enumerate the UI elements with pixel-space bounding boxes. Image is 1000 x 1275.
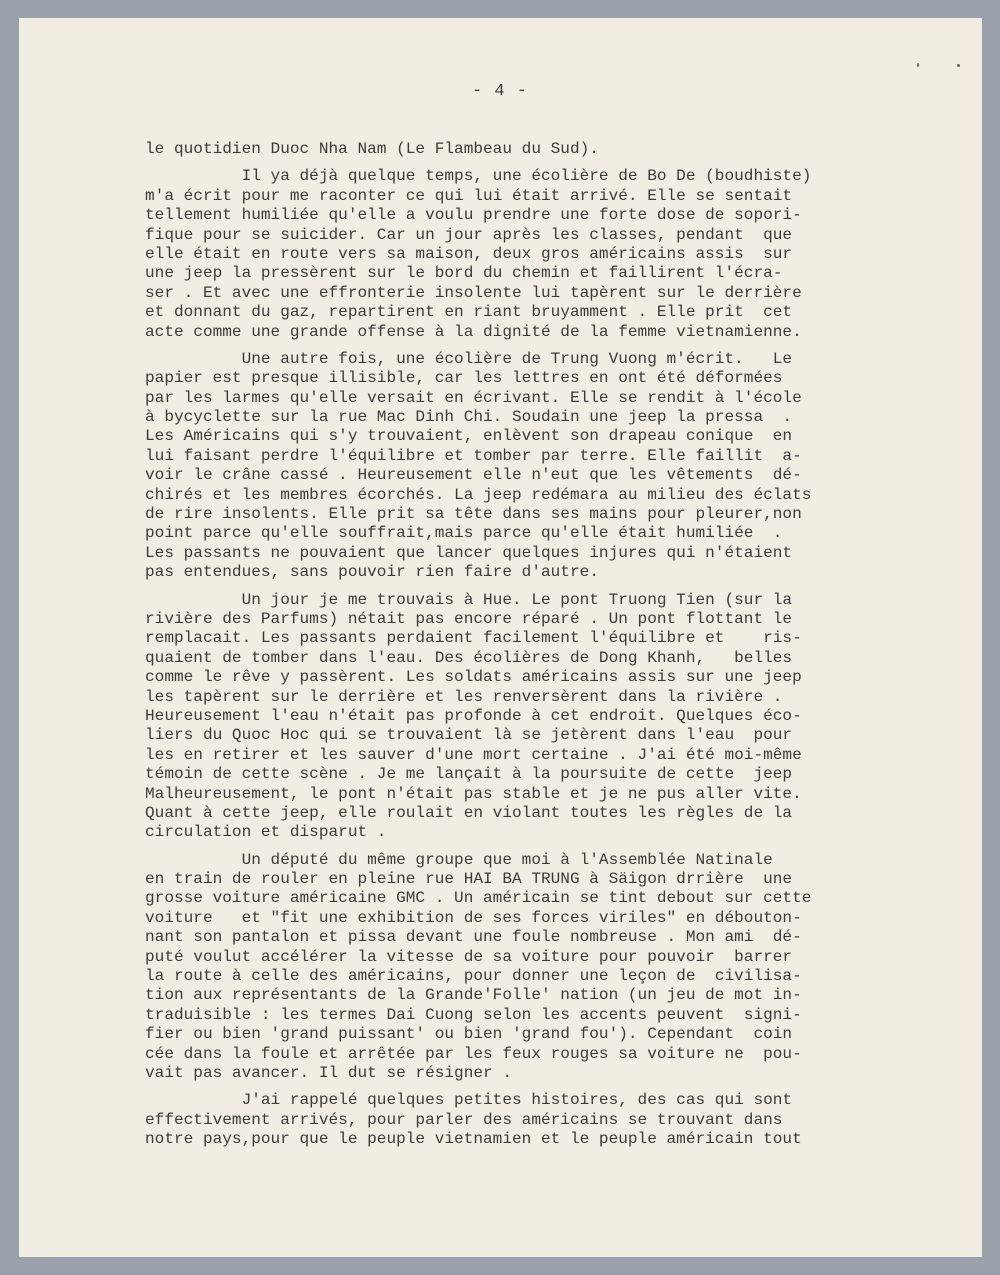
text-line: J'ai rappelé quelques petites histoires,… [145,1091,905,1110]
text-line: puté voulut accélérer la vitesse de sa v… [145,948,905,967]
text-line: Quant à cette jeep, elle roulait en viol… [145,804,905,823]
paragraph: le quotidien Duoc Nha Nam (Le Flambeau d… [145,140,905,159]
text-line: pas entendues, sans pouvoir rien faire d… [145,563,905,582]
text-line: quaient de tomber dans l'eau. Des écoliè… [145,649,905,668]
text-line: de rire insolents. Elle prit sa tête dan… [145,505,905,524]
text-line: circulation et disparut . [145,823,905,842]
text-line: remplacait. Les passants perdaient facil… [145,629,905,648]
text-line: le quotidien Duoc Nha Nam (Le Flambeau d… [145,140,905,159]
text-line: nant son pantalon et pissa devant une fo… [145,928,905,947]
page-number: - 4 - [0,82,1000,101]
text-line: fique pour se suicider. Car un jour aprè… [145,226,905,245]
text-line: grosse voiture américaine GMC . Un améri… [145,889,905,908]
text-line: notre pays,pour que le peuple vietnamien… [145,1130,905,1149]
text-line: Malheureusement, le pont n'était pas sta… [145,785,905,804]
text-line: lui faisant perdre l'équilibre et tomber… [145,447,905,466]
text-line: vait pas avancer. Il dut se résigner . [145,1064,905,1083]
text-line: comme le rêve y passèrent. Les soldats a… [145,668,905,687]
paragraph: Une autre fois, une écolière de Trung Vu… [145,350,905,583]
text-line: Un jour je me trouvais à Hue. Le pont Tr… [145,591,905,610]
text-line: Il ya déjà quelque temps, une écolière d… [145,167,905,186]
text-line: témoin de cette scène . Je me lançait à … [145,765,905,784]
text-line: voiture et "fit une exhibition de ses fo… [145,909,905,928]
text-line: papier est presque illisible, car les le… [145,369,905,388]
text-line: cée dans la foule et arrêtée par les feu… [145,1045,905,1064]
text-line: et donnant du gaz, repartirent en riant … [145,303,905,322]
text-line: voir le crâne cassé . Heureusement elle … [145,466,905,485]
text-line: les en retirer et les sauver d'une mort … [145,746,905,765]
text-line: Les Américains qui s'y trouvaient, enlèv… [145,427,905,446]
text-line: ser . Et avec une effronterie insolente … [145,284,905,303]
text-line: liers du Quoc Hoc qui se trouvaient là s… [145,726,905,745]
text-line: elle était en route vers sa maison, deux… [145,245,905,264]
text-line: tellement humiliée qu'elle a voulu prend… [145,206,905,225]
text-line: point parce qu'elle souffrait,mais parce… [145,524,905,543]
text-line: chirés et les membres écorchés. La jeep … [145,486,905,505]
text-line: Un député du même groupe que moi à l'Ass… [145,851,905,870]
paper-speck [957,64,960,67]
text-line: Heureusement l'eau n'était pas profonde … [145,707,905,726]
paragraph: J'ai rappelé quelques petites histoires,… [145,1091,905,1149]
text-line: par les larmes qu'elle versait en écriva… [145,389,905,408]
text-line: Les passants ne pouvaient que lancer que… [145,544,905,563]
paragraph: Un jour je me trouvais à Hue. Le pont Tr… [145,591,905,843]
text-line: à bycyclette sur la rue Mac Dinh Chi. So… [145,408,905,427]
paragraph: Il ya déjà quelque temps, une écolière d… [145,167,905,342]
text-line: m'a écrit pour me raconter ce qui lui ét… [145,187,905,206]
text-line: traduisible : les termes Dai Cuong selon… [145,1006,905,1025]
text-line: acte comme une grande offense à la digni… [145,323,905,342]
text-line: une jeep la pressèrent sur le bord du ch… [145,264,905,283]
body-text: le quotidien Duoc Nha Nam (Le Flambeau d… [145,140,905,1158]
text-line: rivière des Parfums) nétait pas encore r… [145,610,905,629]
text-line: Une autre fois, une écolière de Trung Vu… [145,350,905,369]
text-line: effectivement arrivés, pour parler des a… [145,1111,905,1130]
paragraph: Un député du même groupe que moi à l'Ass… [145,851,905,1084]
text-line: en train de rouler en pleine rue HAI BA … [145,870,905,889]
paper-speck [917,63,919,67]
text-line: la route à celle des américains, pour do… [145,967,905,986]
text-line: fier ou bien 'grand puissant' ou bien 'g… [145,1025,905,1044]
text-line: les tapèrent sur le derrière et les renv… [145,688,905,707]
text-line: tion aux représentants de la Grande'Foll… [145,986,905,1005]
